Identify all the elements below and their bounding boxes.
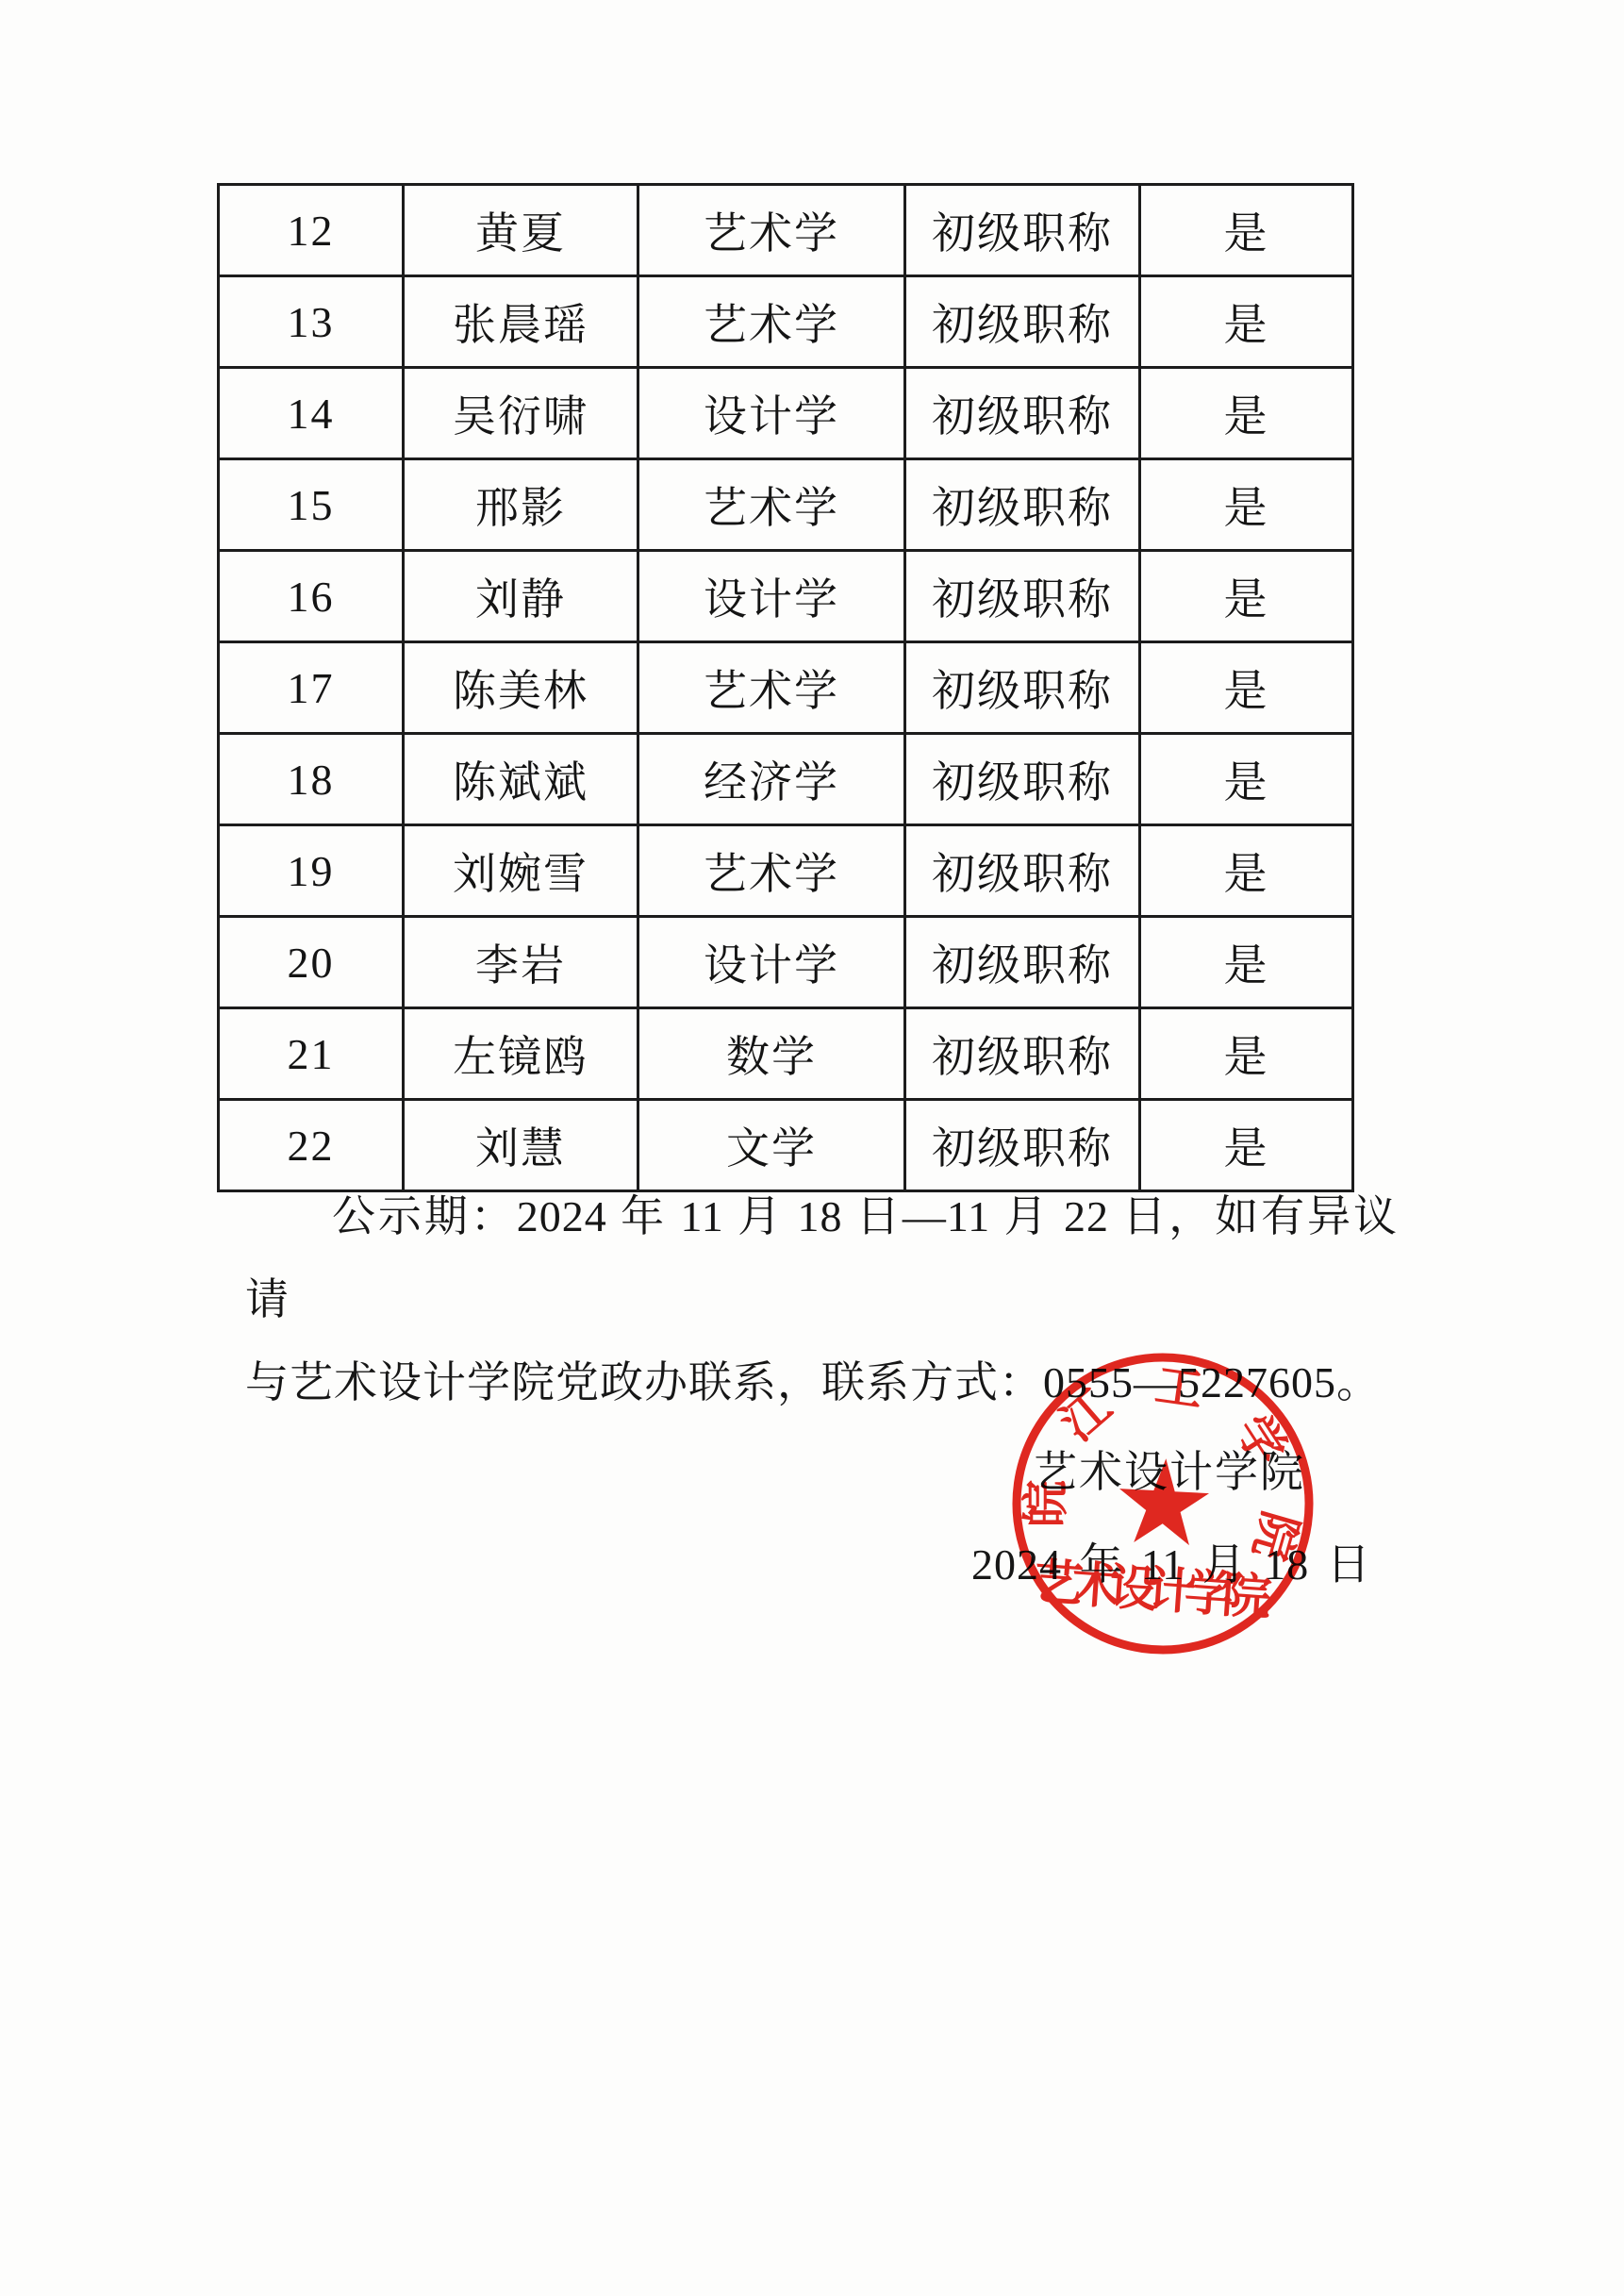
cell-discipline: 设计学	[638, 368, 905, 459]
roster-table: 12 黄夏 艺术学 初级职称 是 13 张晨瑶 艺术学 初级职称 是 14 吴衍…	[217, 183, 1354, 1192]
cell-name: 黄夏	[404, 185, 638, 276]
cell-serial: 13	[219, 276, 404, 368]
cell-rank: 初级职称	[905, 368, 1140, 459]
table-row: 18 陈斌斌 经济学 初级职称 是	[219, 734, 1353, 825]
cell-pass: 是	[1140, 734, 1353, 825]
table-row: 16 刘静 设计学 初级职称 是	[219, 551, 1353, 642]
cell-name: 李岩	[404, 917, 638, 1008]
cell-pass: 是	[1140, 825, 1353, 917]
cell-discipline: 数学	[638, 1008, 905, 1100]
seal-ring-char: 江	[1051, 1380, 1120, 1451]
cell-discipline: 艺术学	[638, 642, 905, 734]
table-row: 21 左镜鸥 数学 初级职称 是	[219, 1008, 1353, 1100]
cell-discipline: 艺术学	[638, 459, 905, 551]
official-seal: 皖 江 工 学 院 艺术设计学院	[1003, 1345, 1323, 1666]
cell-name: 张晨瑶	[404, 276, 638, 368]
cell-discipline: 设计学	[638, 551, 905, 642]
cell-rank: 初级职称	[905, 185, 1140, 276]
table-row: 20 李岩 设计学 初级职称 是	[219, 917, 1353, 1008]
cell-serial: 17	[219, 642, 404, 734]
cell-pass: 是	[1140, 1008, 1353, 1100]
cell-pass: 是	[1140, 642, 1353, 734]
table-row: 13 张晨瑶 艺术学 初级职称 是	[219, 276, 1353, 368]
cell-rank: 初级职称	[905, 459, 1140, 551]
seal-ring-char: 院	[1243, 1506, 1307, 1565]
seal-ring-char: 工	[1152, 1358, 1206, 1417]
seal-ring-char: 学	[1226, 1406, 1296, 1473]
seal-star-icon	[1117, 1456, 1211, 1546]
cell-name: 左镜鸥	[404, 1008, 638, 1100]
cell-rank: 初级职称	[905, 642, 1140, 734]
cell-name: 陈斌斌	[404, 734, 638, 825]
cell-serial: 12	[219, 185, 404, 276]
seal-ring-char: 皖	[1019, 1480, 1072, 1527]
document-page: 12 黄夏 艺术学 初级职称 是 13 张晨瑶 艺术学 初级职称 是 14 吴衍…	[0, 0, 1624, 2296]
cell-name: 刘婉雪	[404, 825, 638, 917]
cell-discipline: 设计学	[638, 917, 905, 1008]
cell-name: 吴衍啸	[404, 368, 638, 459]
cell-serial: 14	[219, 368, 404, 459]
cell-rank: 初级职称	[905, 734, 1140, 825]
cell-name: 刘静	[404, 551, 638, 642]
cell-pass: 是	[1140, 917, 1353, 1008]
cell-rank: 初级职称	[905, 825, 1140, 917]
table-row: 15 邢影 艺术学 初级职称 是	[219, 459, 1353, 551]
cell-pass: 是	[1140, 185, 1353, 276]
cell-rank: 初级职称	[905, 551, 1140, 642]
table-row: 14 吴衍啸 设计学 初级职称 是	[219, 368, 1353, 459]
cell-serial: 18	[219, 734, 404, 825]
cell-serial: 16	[219, 551, 404, 642]
cell-pass: 是	[1140, 551, 1353, 642]
cell-rank: 初级职称	[905, 276, 1140, 368]
cell-name: 陈美林	[404, 642, 638, 734]
cell-rank: 初级职称	[905, 1008, 1140, 1100]
notice-line-1: 公示期：2024 年 11 月 18 日—11 月 22 日，如有异议请	[245, 1175, 1398, 1341]
cell-serial: 21	[219, 1008, 404, 1100]
cell-pass: 是	[1140, 368, 1353, 459]
cell-discipline: 艺术学	[638, 276, 905, 368]
cell-discipline: 经济学	[638, 734, 905, 825]
table-row: 17 陈美林 艺术学 初级职称 是	[219, 642, 1353, 734]
cell-serial: 19	[219, 825, 404, 917]
table-row: 12 黄夏 艺术学 初级职称 是	[219, 185, 1353, 276]
cell-rank: 初级职称	[905, 917, 1140, 1008]
table-row: 19 刘婉雪 艺术学 初级职称 是	[219, 825, 1353, 917]
cell-serial: 15	[219, 459, 404, 551]
cell-discipline: 艺术学	[638, 825, 905, 917]
cell-pass: 是	[1140, 459, 1353, 551]
cell-pass: 是	[1140, 276, 1353, 368]
cell-serial: 20	[219, 917, 404, 1008]
cell-discipline: 艺术学	[638, 185, 905, 276]
cell-name: 邢影	[404, 459, 638, 551]
